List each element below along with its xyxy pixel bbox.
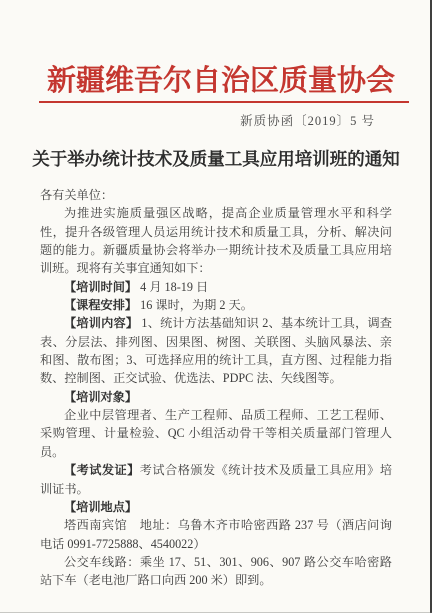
section-label: 【培训时间】 [64, 280, 137, 294]
paragraph: 【考试发证】考试合格颁发《统计技术及质量工具应用》培训证书。 [40, 461, 392, 498]
paragraph: 【培训对象】 [40, 388, 392, 406]
salutation: 各有关单位： [40, 186, 392, 204]
paragraph-text: 16 课时，为期 2 天。 [137, 298, 253, 312]
paragraph: 【课程安排】 16 课时，为期 2 天。 [40, 296, 392, 314]
section-label: 【考试发证】 [64, 463, 140, 477]
paragraph: 【培训时间】 4 月 18-19 日 [40, 278, 392, 296]
doc-title: 关于举办统计技术及质量工具应用培训班的通知 [0, 146, 432, 171]
section-label: 【培训对象】 [64, 390, 137, 404]
document-body: 各有关单位： 为推进实施质量强区战略，提高企业质量管理水平和科学性，提升各级管理… [40, 186, 392, 590]
header-divider [39, 101, 409, 103]
paragraph: 【培训地点】 [40, 498, 392, 516]
org-title: 新疆维吾尔自治区质量协会 [0, 58, 432, 99]
section-label: 【培训内容】 [64, 316, 138, 330]
section-label: 【培训地点】 [64, 500, 137, 514]
paragraph-text: 4 月 18-19 日 [137, 280, 208, 294]
paragraph: 公交车线路：乘坐 17、51、301、906、907 路公交车哈密路站下车（老电… [40, 553, 392, 590]
paragraph: 塔西南宾馆 地址：乌鲁木齐市哈密西路 237 号（酒店问询电话 0991-772… [40, 516, 392, 553]
scanned-notice-page: 新疆维吾尔自治区质量协会 新质协函〔2019〕5 号 关于举办统计技术及质量工具… [0, 0, 432, 613]
doc-number: 新质协函〔2019〕5 号 [240, 111, 375, 129]
paragraph-text: 公交车线路：乘坐 17、51、301、906、907 路公交车哈密路站下车（老电… [40, 555, 392, 587]
paragraph: 【培训内容】 1、统计方法基础知识 2、基本统计工具，调查表、分层法、排列图、因… [40, 314, 392, 387]
paragraph-text: 企业中层管理者、生产工程师、品质工程师、工艺工程师、采购管理、计量检验、QC 小… [40, 408, 392, 459]
paragraph-text: 为推进实施质量强区战略，提高企业质量管理水平和科学性，提升各级管理人员运用统计技… [40, 206, 392, 275]
paragraph-text: 塔西南宾馆 地址：乌鲁木齐市哈密西路 237 号（酒店问询电话 0991-772… [40, 518, 392, 550]
paragraph: 为推进实施质量强区战略，提高企业质量管理水平和科学性，提升各级管理人员运用统计技… [40, 204, 392, 277]
paragraph: 企业中层管理者、生产工程师、品质工程师、工艺工程师、采购管理、计量检验、QC 小… [40, 406, 392, 461]
section-label: 【课程安排】 [64, 298, 137, 312]
